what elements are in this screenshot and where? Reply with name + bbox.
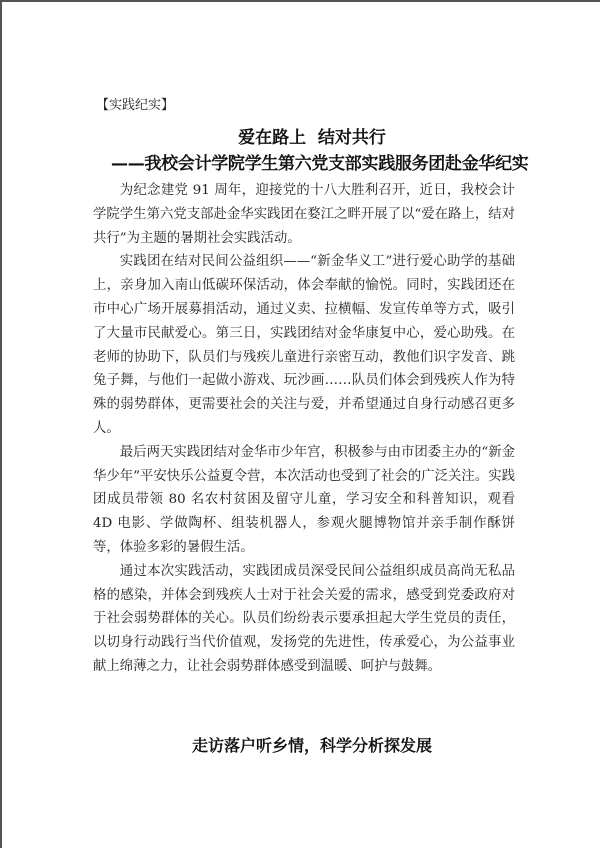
article-subtitle: ——我校会计学院学生第六党支部实践服务团赴金华纪实 [111, 153, 529, 175]
article-title: 爱在路上 结对共行 [2, 127, 600, 149]
paragraph: 最后两天实践团结对金华市少年宫，积极参与由市团委主办的“新金华少年”平安快乐公益… [93, 441, 515, 560]
section-label: 【实践纪实】 [96, 97, 174, 115]
document-page: 【实践纪实】 爱在路上 结对共行 ——我校会计学院学生第六党支部实践服务团赴金华… [0, 0, 600, 848]
next-article-title: 走访落户听乡情，科学分析探发展 [2, 735, 600, 757]
paragraph: 为纪念建党 91 周年，迎接党的十八大胜利召开，近日，我校会计学院学生第六党支部… [93, 179, 515, 250]
paragraph: 通过本次实践活动，实践团成员深受民间公益组织成员高尚无私品格的感染，并体会到残疾… [93, 560, 515, 679]
paragraph: 实践团在结对民间公益组织——“新金华义工”进行爱心助学的基础上，亲身加入南山低碳… [93, 250, 515, 440]
article-body: 为纪念建党 91 周年，迎接党的十八大胜利召开，近日，我校会计学院学生第六党支部… [93, 179, 515, 679]
